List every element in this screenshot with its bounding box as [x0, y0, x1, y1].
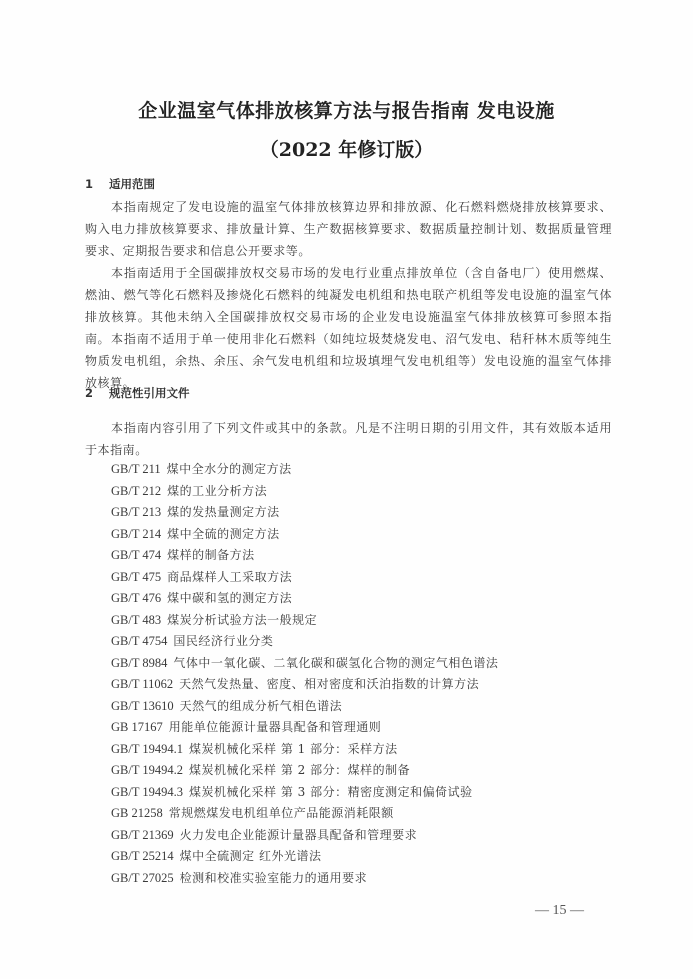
reference-code: GB/T 214	[111, 527, 161, 541]
section-number: 2	[85, 386, 109, 400]
reference-name: 煤样的制备方法	[167, 548, 255, 562]
reference-name: 检测和校准实验室能力的通用要求	[180, 871, 368, 885]
reference-item: GB/T 21369火力发电企业能源计量器具配备和管理要求	[111, 825, 498, 847]
reference-name: 商品煤样人工采取方法	[167, 570, 292, 584]
reference-code: GB/T 11062	[111, 677, 173, 691]
reference-item: GB/T 213煤的发热量测定方法	[111, 502, 498, 524]
reference-list: GB/T 211煤中全水分的测定方法 GB/T 212煤的工业分析方法 GB/T…	[111, 459, 498, 889]
reference-name: 煤炭机械化采样 第 2 部分：煤样的制备	[189, 763, 410, 777]
document-page: 企业温室气体排放核算方法与报告指南 发电设施 （2022 年修订版） 1适用范围…	[0, 0, 693, 979]
reference-item: GB/T 474煤样的制备方法	[111, 545, 498, 567]
reference-name: 天然气的组成分析气相色谱法	[180, 699, 343, 713]
reference-code: GB/T 19494.1	[111, 742, 183, 756]
reference-code: GB/T 211	[111, 462, 161, 476]
document-title: 企业温室气体排放核算方法与报告指南 发电设施	[0, 96, 693, 123]
reference-item: GB/T 483煤炭分析试验方法一般规定	[111, 610, 498, 632]
reference-code: GB/T 474	[111, 548, 161, 562]
reference-item: GB/T 27025检测和校准实验室能力的通用要求	[111, 868, 498, 890]
reference-code: GB/T 13610	[111, 699, 174, 713]
reference-item: GB/T 11062天然气发热量、密度、相对密度和沃泊指数的计算方法	[111, 674, 498, 696]
reference-item: GB/T 19494.3煤炭机械化采样 第 3 部分：精密度测定和偏倚试验	[111, 782, 498, 804]
reference-code: GB/T 476	[111, 591, 161, 605]
reference-code: GB/T 4754	[111, 634, 167, 648]
reference-code: GB/T 475	[111, 570, 161, 584]
section-title: 适用范围	[109, 177, 155, 191]
reference-item: GB/T 476煤中碳和氢的测定方法	[111, 588, 498, 610]
reference-code: GB/T 21369	[111, 828, 174, 842]
reference-name: 煤中全水分的测定方法	[167, 462, 292, 476]
reference-code: GB/T 483	[111, 613, 161, 627]
reference-name: 天然气发热量、密度、相对密度和沃泊指数的计算方法	[179, 677, 479, 691]
reference-name: 煤炭分析试验方法一般规定	[167, 613, 317, 627]
section-number: 1	[85, 177, 109, 191]
reference-code: GB 17167	[111, 720, 163, 734]
reference-code: GB/T 19494.3	[111, 785, 183, 799]
reference-item: GB 17167用能单位能源计量器具配备和管理通则	[111, 717, 498, 739]
reference-code: GB/T 213	[111, 505, 161, 519]
reference-item: GB/T 4754国民经济行业分类	[111, 631, 498, 653]
reference-name: 常规燃煤发电机组单位产品能源消耗限额	[169, 806, 394, 820]
reference-code: GB/T 25214	[111, 849, 174, 863]
reference-item: GB/T 13610天然气的组成分析气相色谱法	[111, 696, 498, 718]
section-heading-2: 2规范性引用文件	[85, 385, 190, 401]
reference-item: GB/T 475商品煤样人工采取方法	[111, 567, 498, 589]
page-number: — 15 —	[535, 903, 584, 919]
document-subtitle: （2022 年修订版）	[0, 135, 693, 162]
reference-item: GB/T 19494.2煤炭机械化采样 第 2 部分：煤样的制备	[111, 760, 498, 782]
reference-name: 煤中碳和氢的测定方法	[167, 591, 292, 605]
reference-name: 国民经济行业分类	[173, 634, 273, 648]
reference-item: GB/T 214煤中全硫的测定方法	[111, 524, 498, 546]
section-heading-1: 1适用范围	[85, 176, 155, 192]
paragraph: 本指南规定了发电设施的温室气体排放核算边界和排放源、化石燃料燃烧排放核算要求、购…	[85, 196, 612, 262]
reference-item: GB/T 19494.1煤炭机械化采样 第 1 部分：采样方法	[111, 739, 498, 761]
reference-code: GB 21258	[111, 806, 163, 820]
reference-name: 用能单位能源计量器具配备和管理通则	[169, 720, 382, 734]
reference-name: 气体中一氧化碳、二氧化碳和碳氢化合物的测定气相色谱法	[173, 656, 498, 670]
reference-item: GB/T 211煤中全水分的测定方法	[111, 459, 498, 481]
reference-name: 煤中全硫测定 红外光谱法	[180, 849, 322, 863]
reference-code: GB/T 19494.2	[111, 763, 183, 777]
reference-name: 煤炭机械化采样 第 3 部分：精密度测定和偏倚试验	[189, 785, 473, 799]
section-title: 规范性引用文件	[109, 386, 190, 400]
reference-code: GB/T 27025	[111, 871, 174, 885]
paragraph: 本指南内容引用了下列文件或其中的条款。凡是不注明日期的引用文件，其有效版本适用于…	[85, 417, 612, 461]
reference-item: GB 21258常规燃煤发电机组单位产品能源消耗限额	[111, 803, 498, 825]
reference-item: GB/T 25214煤中全硫测定 红外光谱法	[111, 846, 498, 868]
reference-name: 煤的发热量测定方法	[167, 505, 280, 519]
reference-name: 煤中全硫的测定方法	[167, 527, 280, 541]
reference-name: 煤的工业分析方法	[167, 484, 267, 498]
reference-item: GB/T 8984气体中一氧化碳、二氧化碳和碳氢化合物的测定气相色谱法	[111, 653, 498, 675]
reference-item: GB/T 212煤的工业分析方法	[111, 481, 498, 503]
reference-name: 煤炭机械化采样 第 1 部分：采样方法	[189, 742, 398, 756]
reference-code: GB/T 212	[111, 484, 161, 498]
reference-name: 火力发电企业能源计量器具配备和管理要求	[180, 828, 418, 842]
reference-code: GB/T 8984	[111, 656, 167, 670]
